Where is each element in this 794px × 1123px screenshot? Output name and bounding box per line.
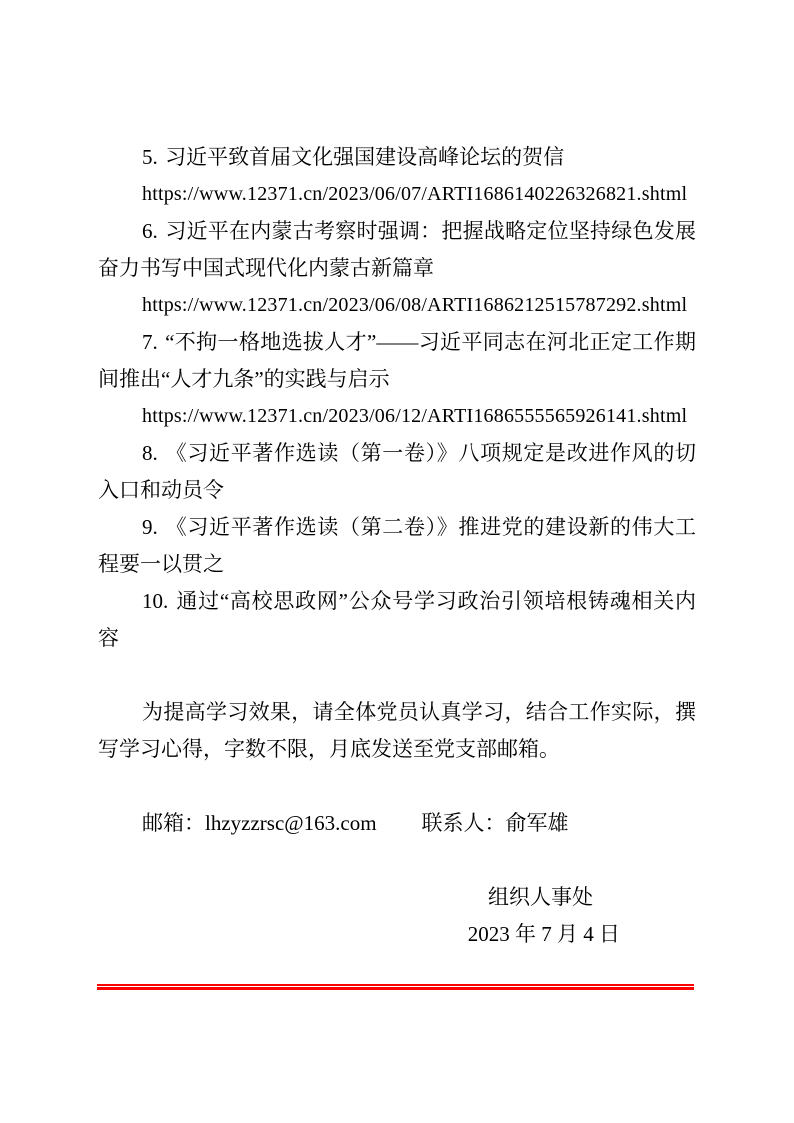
footer-rule-thin-line	[97, 984, 694, 986]
item-5-url: https://www.12371.cn/2023/06/07/ARTI1686…	[98, 176, 696, 213]
list-item-9: 9.《习近平著作选读（第二卷）》推进党的建设新的伟大工程要一以贯之	[98, 509, 696, 583]
item-7-url: https://www.12371.cn/2023/06/12/ARTI1686…	[98, 398, 696, 435]
contact-line: 邮箱：lhzyzzrsc@163.com联系人：俞军雄	[98, 805, 696, 842]
item-5-title: 习近平致首届文化强国建设高峰论坛的贺信	[165, 145, 564, 169]
list-item-7: 7.“不拘一格地选拔人才”——习近平同志在河北正定工作期间推出“人才九条”的实践…	[98, 324, 696, 398]
item-10-title: 通过“高校思政网”公众号学习政治引领培根铸魂相关内容	[98, 589, 696, 650]
footer-rule-thick-line	[97, 987, 694, 990]
url-text: https://www.12371.cn/2023/06/08/ARTI1686…	[142, 294, 687, 316]
item-7-title: “不拘一格地选拔人才”——习近平同志在河北正定工作期间推出“人才九条”的实践与启…	[98, 330, 696, 391]
footer-double-rule	[97, 984, 694, 990]
item-9-title: 《习近平著作选读（第二卷）》推进党的建设新的伟大工程要一以贯之	[98, 515, 696, 576]
url-text: https://www.12371.cn/2023/06/07/ARTI1686…	[142, 183, 687, 205]
url-text: https://www.12371.cn/2023/06/12/ARTI1686…	[142, 405, 687, 427]
item-5-number: 5.	[142, 145, 158, 169]
item-10-number: 10.	[142, 589, 168, 613]
contact-person-name: 俞军雄	[506, 811, 569, 835]
list-item-8: 8.《习近平著作选读（第一卷）》八项规定是改进作风的切入口和动员令	[98, 435, 696, 509]
email-address: lhzyzzrsc@163.com	[205, 811, 377, 835]
item-6-url: https://www.12371.cn/2023/06/08/ARTI1686…	[98, 287, 696, 324]
list-item-10: 10.通过“高校思政网”公众号学习政治引领培根铸魂相关内容	[98, 583, 696, 657]
blank-line	[98, 657, 696, 694]
blank-line	[98, 842, 696, 879]
item-8-title: 《习近平著作选读（第一卷）》八项规定是改进作风的切入口和动员令	[98, 441, 696, 502]
signature-date: 2023 年 7 月 4 日	[98, 916, 696, 953]
item-9-number: 9.	[142, 515, 158, 539]
closing-paragraph: 为提高学习效果，请全体党员认真学习，结合工作实际，撰写学习心得，字数不限，月底发…	[98, 694, 696, 768]
blank-line	[98, 768, 696, 805]
contact-person-label: 联系人：	[422, 811, 506, 835]
document-page: 5.习近平致首届文化强国建设高峰论坛的贺信 https://www.12371.…	[0, 0, 794, 1123]
item-8-number: 8.	[142, 441, 158, 465]
item-7-number: 7.	[142, 330, 158, 354]
list-item-6: 6.习近平在内蒙古考察时强调：把握战略定位坚持绿色发展 奋力书写中国式现代化内蒙…	[98, 213, 696, 287]
document-body: 5.习近平致首届文化强国建设高峰论坛的贺信 https://www.12371.…	[98, 0, 696, 953]
item-6-number: 6.	[142, 219, 158, 243]
list-item-5: 5.习近平致首届文化强国建设高峰论坛的贺信	[98, 139, 696, 176]
signature-department: 组织人事处	[98, 879, 696, 916]
item-6-title: 习近平在内蒙古考察时强调：把握战略定位坚持绿色发展 奋力书写中国式现代化内蒙古新…	[98, 219, 696, 280]
email-label: 邮箱：	[142, 811, 205, 835]
